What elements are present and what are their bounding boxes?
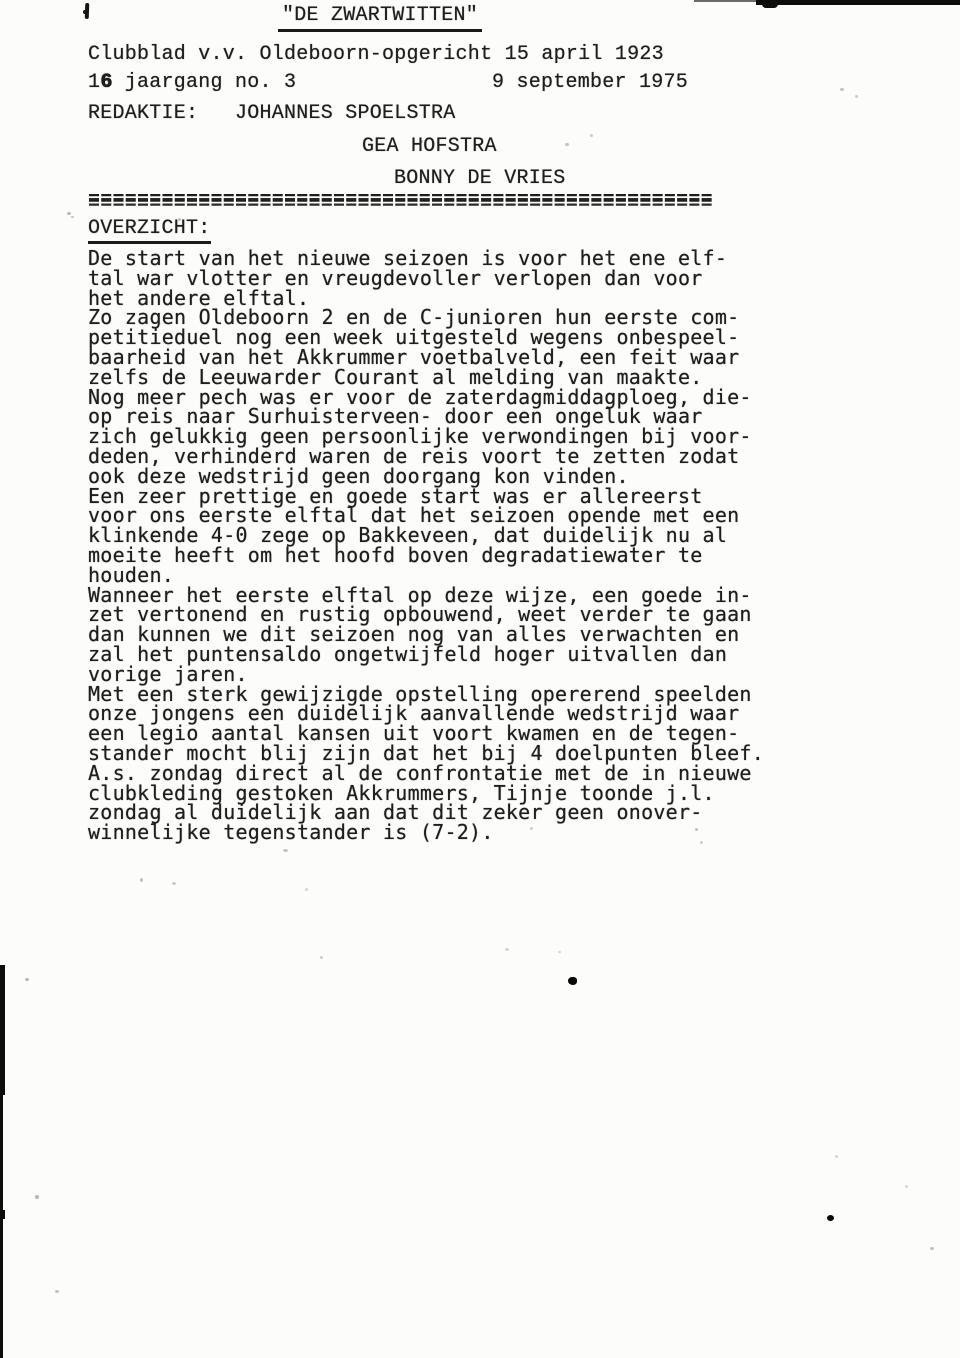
ink-blot: [568, 977, 577, 985]
scan-speckle: [55, 1290, 59, 1293]
scan-artifact-top-bar-blob: [762, 4, 778, 8]
scan-speckle: [558, 951, 561, 953]
overstruck-digit: 6: [100, 71, 112, 94]
editor-name-3: BONNY DE VRIES: [394, 169, 566, 189]
scan-speckle: [320, 956, 323, 959]
scan-artifact-left-bar: [0, 965, 5, 1095]
scan-speckle: [71, 216, 74, 218]
page-title: "DE ZWARTWITTEN": [278, 4, 482, 32]
issue-date: 9 september 1975: [492, 73, 688, 93]
scan-speckle: [505, 948, 509, 951]
editor-line-3: BONNY DE VRIES: [88, 169, 788, 189]
scan-speckle: [305, 888, 308, 891]
scan-speckle: [35, 1195, 39, 1199]
redaktie-line: REDAKTIE: JOHANNES SPOELSTRA: [88, 104, 788, 124]
scan-artifact-left-bar-nub: [3, 1210, 5, 1219]
scan-speckle: [840, 88, 844, 91]
club-line: Clubblad v.v. Oldeboorn-opgericht 15 apr…: [88, 45, 664, 65]
scan-speckle: [855, 95, 858, 98]
editor-name-1: JOHANNES SPOELSTRA: [235, 104, 456, 124]
article-body: De start van het nieuwe seizoen is voor …: [88, 249, 764, 843]
scan-speckle: [172, 882, 176, 885]
scan-artifact-left-bar-lower: [0, 1095, 3, 1358]
separator-line: ========================================…: [88, 191, 713, 211]
scanned-document-page: "DE ZWARTWITTEN" Clubblad v.v. Oldeboorn…: [0, 0, 960, 1358]
scan-speckle: [67, 212, 71, 215]
scan-speckle: [930, 1247, 934, 1250]
scan-speckle: [905, 1185, 908, 1188]
volume-date-line: 16 jaargang no. 3 9 september 1975: [88, 73, 788, 93]
scan-artifact-top-bar: [756, 0, 960, 5]
pen-mark-nub: [83, 10, 86, 14]
scan-speckle: [283, 849, 288, 852]
scan-artifact-top-bar-thin: [694, 0, 758, 2]
editor-name-2: GEA HOFSTRA: [362, 137, 497, 157]
scan-speckle: [835, 1155, 838, 1158]
ink-blot: [827, 1215, 834, 1221]
redaktie-label: REDAKTIE:: [88, 104, 198, 124]
editor-line-2: GEA HOFSTRA: [88, 137, 788, 157]
scan-speckle: [25, 978, 29, 981]
section-heading-overzicht: OVERZICHT:: [88, 219, 211, 244]
volume-number: 16 jaargang no. 3: [88, 73, 296, 93]
scan-speckle: [140, 878, 143, 882]
